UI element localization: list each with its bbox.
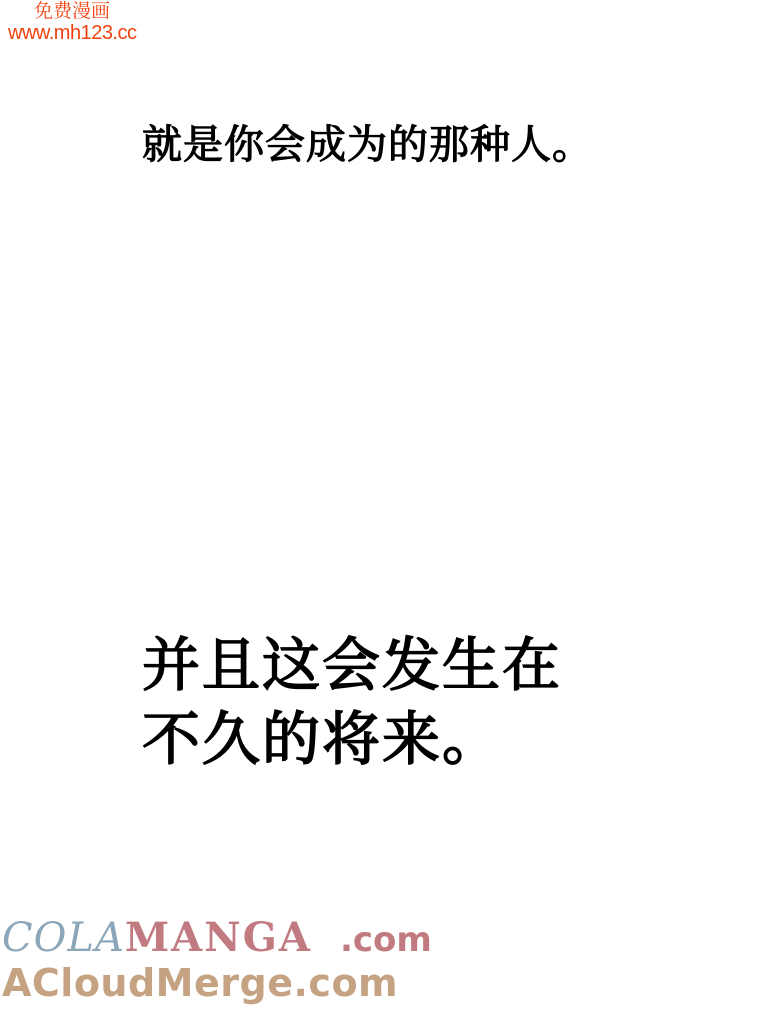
watermark-site-title: 免费漫画 <box>8 2 137 21</box>
watermark-manga: MANGA <box>125 918 312 958</box>
watermark-top: 免费漫画 www.mh123.cc <box>8 2 137 43</box>
caption-text-2: 并且这会发生在 不久的将来。 <box>142 628 562 776</box>
colamanga-watermark: COLA MANGA .com <box>2 918 432 962</box>
acloudmerge-watermark: ACloudMerge.com <box>2 964 432 1002</box>
watermark-cola: COLA <box>2 918 125 958</box>
watermark-bottom: COLA MANGA .com ACloudMerge.com <box>2 918 432 1002</box>
watermark-site-url: www.mh123.cc <box>8 23 137 43</box>
watermark-dotcom: .com <box>340 923 432 957</box>
caption-text-1: 就是你会成为的那种人。 <box>142 120 593 170</box>
caption-line: 并且这会发生在 <box>142 628 562 702</box>
caption-line: 不久的将来。 <box>142 702 562 776</box>
